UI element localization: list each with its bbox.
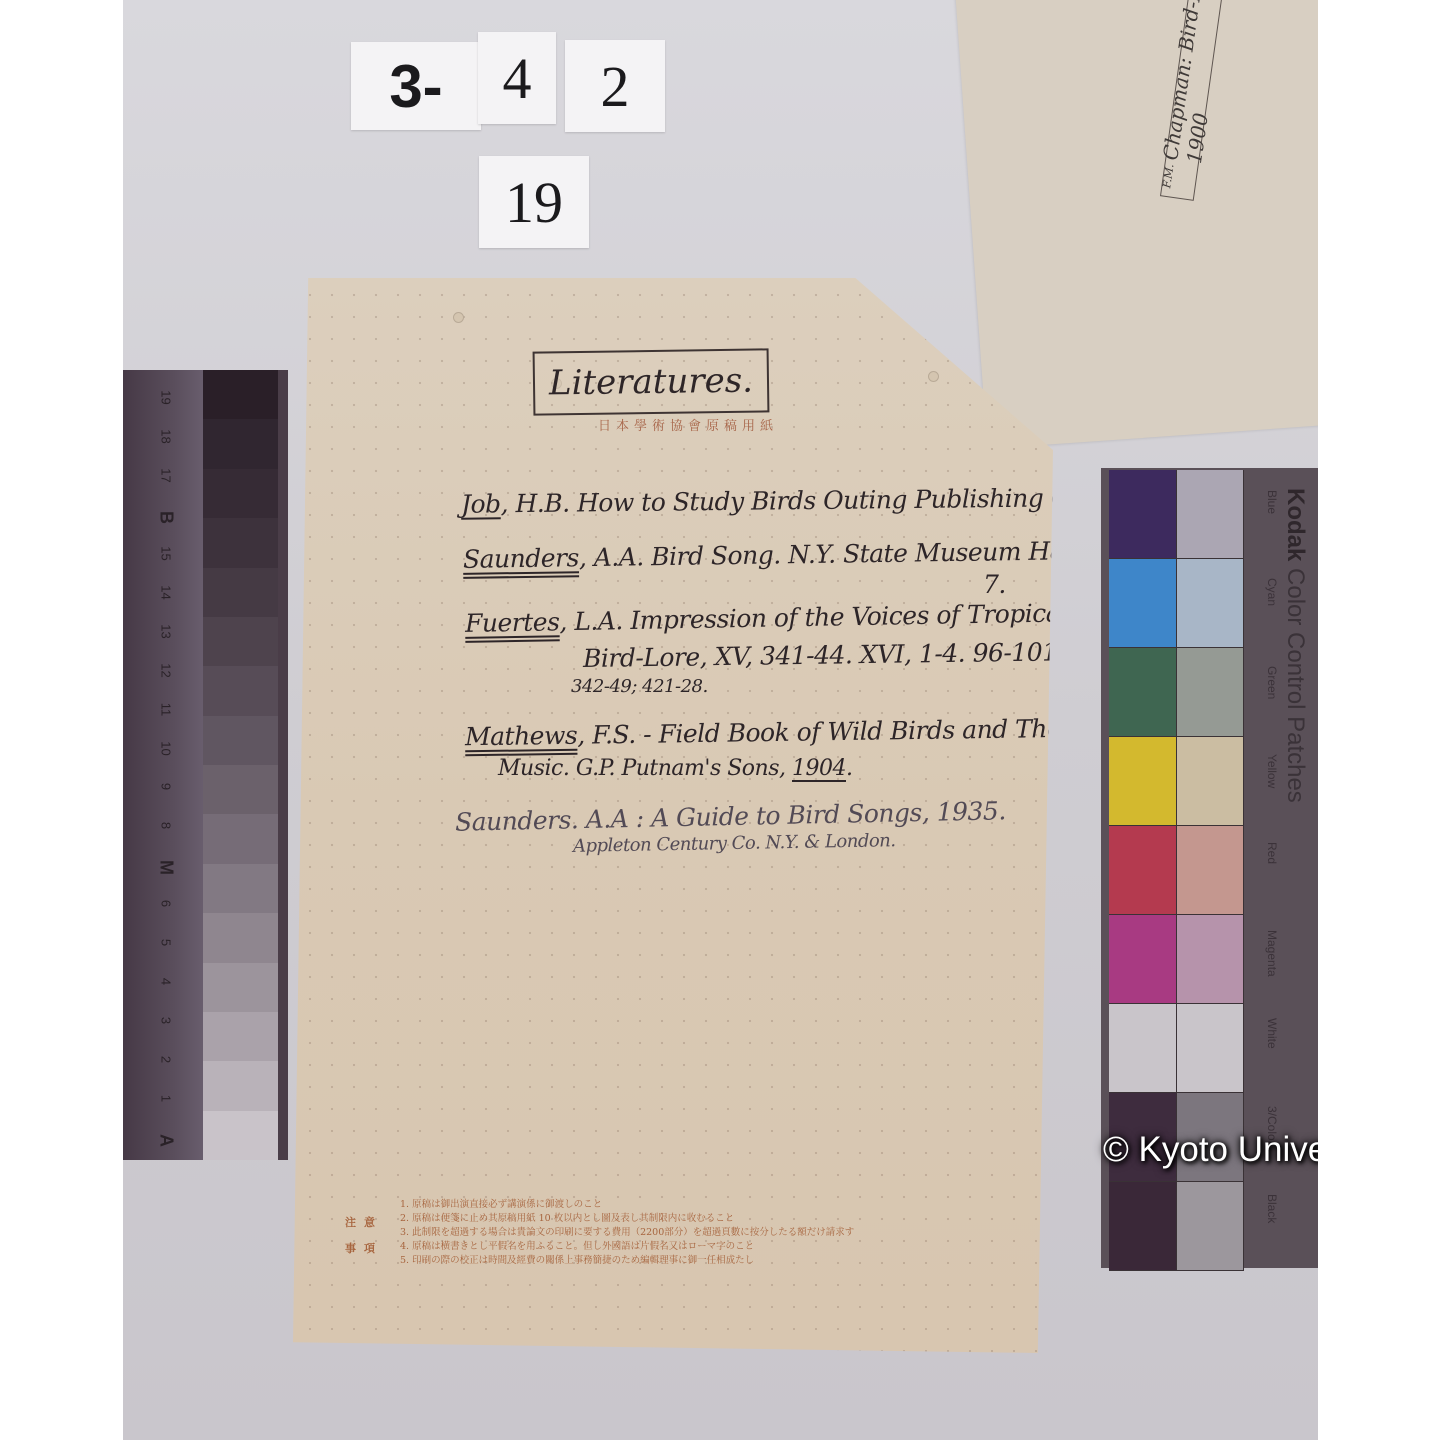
patch-row: [1109, 648, 1244, 737]
color-patch: [1177, 737, 1245, 825]
patch-row: [1109, 1004, 1244, 1093]
grayscale-step: [203, 617, 278, 666]
grayscale-step: [203, 469, 278, 518]
entry-continuation: 342-49; 421-28.: [571, 676, 708, 697]
sheet-title: Literatures.: [533, 348, 770, 415]
color-patch: [1109, 648, 1177, 736]
card-number-2: 2: [565, 40, 665, 132]
card-number-4: 4: [478, 32, 556, 124]
copyright-watermark: © Kyoto University.: [1103, 1130, 1318, 1170]
entry-year: 1904: [792, 756, 846, 781]
color-patch: [1177, 826, 1245, 914]
instructions-list: 1. 原稿は御出演直接必ず講演係に御渡しのこと2. 原稿は便箋に止め其原稿用紙 …: [400, 1198, 854, 1268]
color-name-label: Yellow: [1265, 754, 1279, 788]
entry-continuation: 7.: [983, 570, 1006, 599]
kodak-brand-label: Kodak Color Control Patches: [1281, 488, 1309, 803]
grayscale-step: [203, 913, 278, 962]
punch-hole: [453, 312, 464, 323]
color-name-label: Green: [1265, 666, 1279, 699]
reference-entry: Job, H.B. How to Study Birds Outing Publ…: [461, 482, 1168, 518]
color-patch: [1177, 559, 1245, 647]
color-patch: [1109, 1004, 1177, 1092]
scale-number: 6: [159, 889, 174, 919]
color-patch: [1177, 915, 1245, 1003]
entry-author: Job: [461, 489, 501, 518]
grayscale-step: [203, 568, 278, 617]
printed-paper-header: 日本學術協會原稿用紙: [563, 415, 813, 434]
scale-number: B: [156, 502, 177, 532]
patch-row: [1109, 559, 1244, 648]
literature-manuscript-sheet: Literatures. 日本學術協會原稿用紙 Job, H.B. How to…: [293, 278, 1053, 1353]
entry-author: Saunders: [455, 805, 571, 836]
scale-number: 13: [159, 616, 174, 646]
card-series: 3-: [351, 42, 481, 130]
scale-number: 10: [159, 733, 174, 763]
color-patch: [1109, 470, 1177, 558]
color-patch: [1177, 470, 1245, 558]
grayscale-reference-strip: 191817B15141312111098M654321A: [123, 370, 288, 1160]
color-patch: [1109, 826, 1177, 914]
punch-hole: [928, 371, 939, 382]
note-initials: F.M.: [1160, 163, 1176, 189]
color-patch: [1109, 915, 1177, 1003]
grayscale-step: [203, 1061, 278, 1110]
patch-row: [1109, 1182, 1244, 1271]
scale-number: 4: [159, 967, 174, 997]
brand-name: Kodak: [1282, 488, 1309, 561]
entry-author: Fuertes: [465, 607, 560, 638]
instruction-line: 5. 印刷の際の校正は時間及經費の關係上事務簡捷のため編輯理事に御一任相成たし: [400, 1254, 854, 1268]
grayscale-step: [203, 864, 278, 913]
instruction-line: 3. 此制限を超過する場合は貴論文の印刷に要する費用（2200部分）を超過頁數に…: [400, 1226, 854, 1240]
note-text: Chapman: Bird-Life 1900: [1158, 0, 1241, 165]
color-name-label: Magenta: [1265, 930, 1279, 977]
instruction-line: 2. 原稿は便箋に止め其原稿用紙 10 枚以内とし圖及表し其制限内に收むること: [400, 1212, 854, 1226]
patch-row: [1109, 737, 1244, 826]
color-patch: [1109, 1182, 1177, 1270]
scale-number: 15: [159, 538, 174, 568]
color-patch: [1177, 1004, 1245, 1092]
entry-end: .: [846, 756, 853, 781]
grayscale-step: [203, 1111, 278, 1160]
scale-number: 18: [159, 421, 174, 451]
grayscale-step: [203, 963, 278, 1012]
scale-number: 5: [159, 928, 174, 958]
scale-number: 17: [159, 460, 174, 490]
instructions-label: 注意事項: [345, 1210, 385, 1262]
product-name: Color Control Patches: [1282, 561, 1309, 802]
scale-number: A: [156, 1126, 177, 1156]
grayscale-step: [203, 370, 278, 419]
color-patch: [1109, 737, 1177, 825]
grayscale-step: [203, 716, 278, 765]
scale-number: M: [156, 853, 177, 883]
scale-number: 11: [159, 694, 174, 724]
entry-author: Saunders: [463, 543, 579, 574]
scale-number: 14: [159, 577, 174, 607]
handwritten-reference-note: F.M. Chapman: Bird-Life 1900 印献: [1160, 0, 1234, 201]
scale-number: 12: [159, 655, 174, 685]
color-name-label: Cyan: [1265, 578, 1279, 606]
entry-text: Music. G.P. Putnam's Sons,: [498, 756, 792, 781]
entry-author: Mathews: [465, 721, 578, 752]
color-name-label: Blue: [1265, 490, 1279, 514]
archival-photograph: F.M. Chapman: Bird-Life 1900 印献 3- 4 2 1…: [123, 0, 1318, 1440]
scale-number: 19: [159, 383, 174, 413]
background-sheet: F.M. Chapman: Bird-Life 1900 印献: [953, 0, 1318, 449]
instruction-line: 1. 原稿は御出演直接必ず講演係に御渡しのこと: [400, 1198, 854, 1212]
grayscale-step: [203, 518, 278, 567]
grayscale-step: [203, 1012, 278, 1061]
card-number-19: 19: [479, 156, 589, 248]
grayscale-step: [203, 765, 278, 814]
color-name-label: Red: [1265, 842, 1279, 864]
grayscale-steps: [203, 370, 278, 1160]
color-patch: [1177, 648, 1245, 736]
color-name-label: Black: [1265, 1194, 1279, 1223]
scale-number: 1: [159, 1084, 174, 1114]
color-name-label: White: [1265, 1018, 1279, 1049]
patch-row: [1109, 470, 1244, 559]
entry-continuation: Music. G.P. Putnam's Sons, 1904.: [498, 756, 853, 781]
color-patch: [1177, 1182, 1245, 1270]
grayscale-step: [203, 666, 278, 715]
scale-number: 9: [159, 772, 174, 802]
scale-number: 3: [159, 1006, 174, 1036]
color-patch: [1109, 559, 1177, 647]
patch-row: [1109, 915, 1244, 1004]
grayscale-step: [203, 419, 278, 468]
instruction-line: 4. 原稿は横書きとし平假名を用ふること。但し外國語は片假名又はローマ字のこと: [400, 1240, 854, 1254]
scale-number: 8: [159, 811, 174, 841]
scale-number: 2: [159, 1045, 174, 1075]
patch-row: [1109, 826, 1244, 915]
grayscale-step: [203, 814, 278, 863]
